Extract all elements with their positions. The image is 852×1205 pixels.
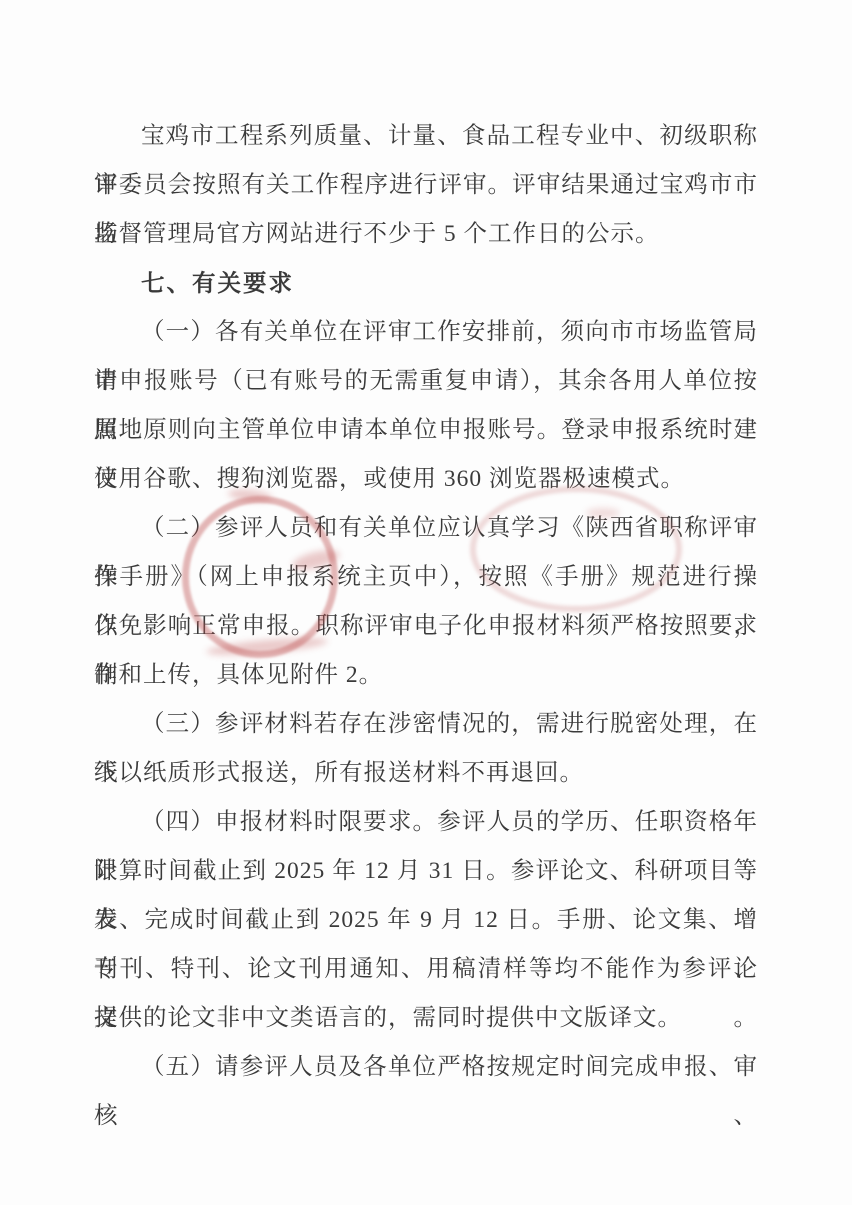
body-line: 属地原则向主管单位申请本单位申报账号。登录申报系统时建议 [94, 406, 758, 455]
body-line: 使用谷歌、搜狗浏览器，或使用 360 浏览器极速模式。 [94, 455, 758, 504]
body-line: 提供的论文非中文类语言的，需同时提供中文版译文。 [94, 994, 758, 1043]
document-page: 宝鸡市工程系列质量、计量、食品工程专业中、初级职称评 审委员会按照有关工作程序进… [0, 0, 852, 1205]
body-line: 请申报账号（已有账号的无需重复申请），其余各用人单位按照 [94, 357, 758, 406]
body-line: 专刊、特刊、论文刊用通知、用稿清样等均不能作为参评论文。 [94, 945, 758, 994]
body-line: （一）各有关单位在评审工作安排前，须向市市场监管局申 [94, 308, 758, 357]
body-line: 以免影响正常申报。职称评审电子化申报材料须严格按照要求制 [94, 602, 758, 651]
document-text-block: 宝鸡市工程系列质量、计量、食品工程专业中、初级职称评 审委员会按照有关工作程序进… [94, 112, 758, 1092]
body-line: 监督管理局官方网站进行不少于 5 个工作日的公示。 [94, 210, 758, 259]
body-line: （五）请参评人员及各单位严格按规定时间完成申报、审核、 [94, 1043, 758, 1092]
body-line: （二）参评人员和有关单位应认真学习《陕西省职称评审操 [94, 504, 758, 553]
body-line: 计算时间截止到 2025 年 12 月 31 日。参评论文、科研项目等发 [94, 847, 758, 896]
body-line: 审委员会按照有关工作程序进行评审。评审结果通过宝鸡市市场 [94, 161, 758, 210]
section-heading: 七、有关要求 [94, 259, 758, 308]
body-line: （三）参评材料若存在涉密情况的，需进行脱密处理，在线 [94, 700, 758, 749]
body-line: 作手册》（网上申报系统主页中），按照《手册》规范进行操作， [94, 553, 758, 602]
body-line: 表、完成时间截止到 2025 年 9 月 12 日。手册、论文集、增刊、 [94, 896, 758, 945]
body-line: 下以纸质形式报送，所有报送材料不再退回。 [94, 749, 758, 798]
body-line: （四）申报材料时限要求。参评人员的学历、任职资格年限 [94, 798, 758, 847]
body-line: 作和上传，具体见附件 2。 [94, 651, 758, 700]
body-line: 宝鸡市工程系列质量、计量、食品工程专业中、初级职称评 [94, 112, 758, 161]
